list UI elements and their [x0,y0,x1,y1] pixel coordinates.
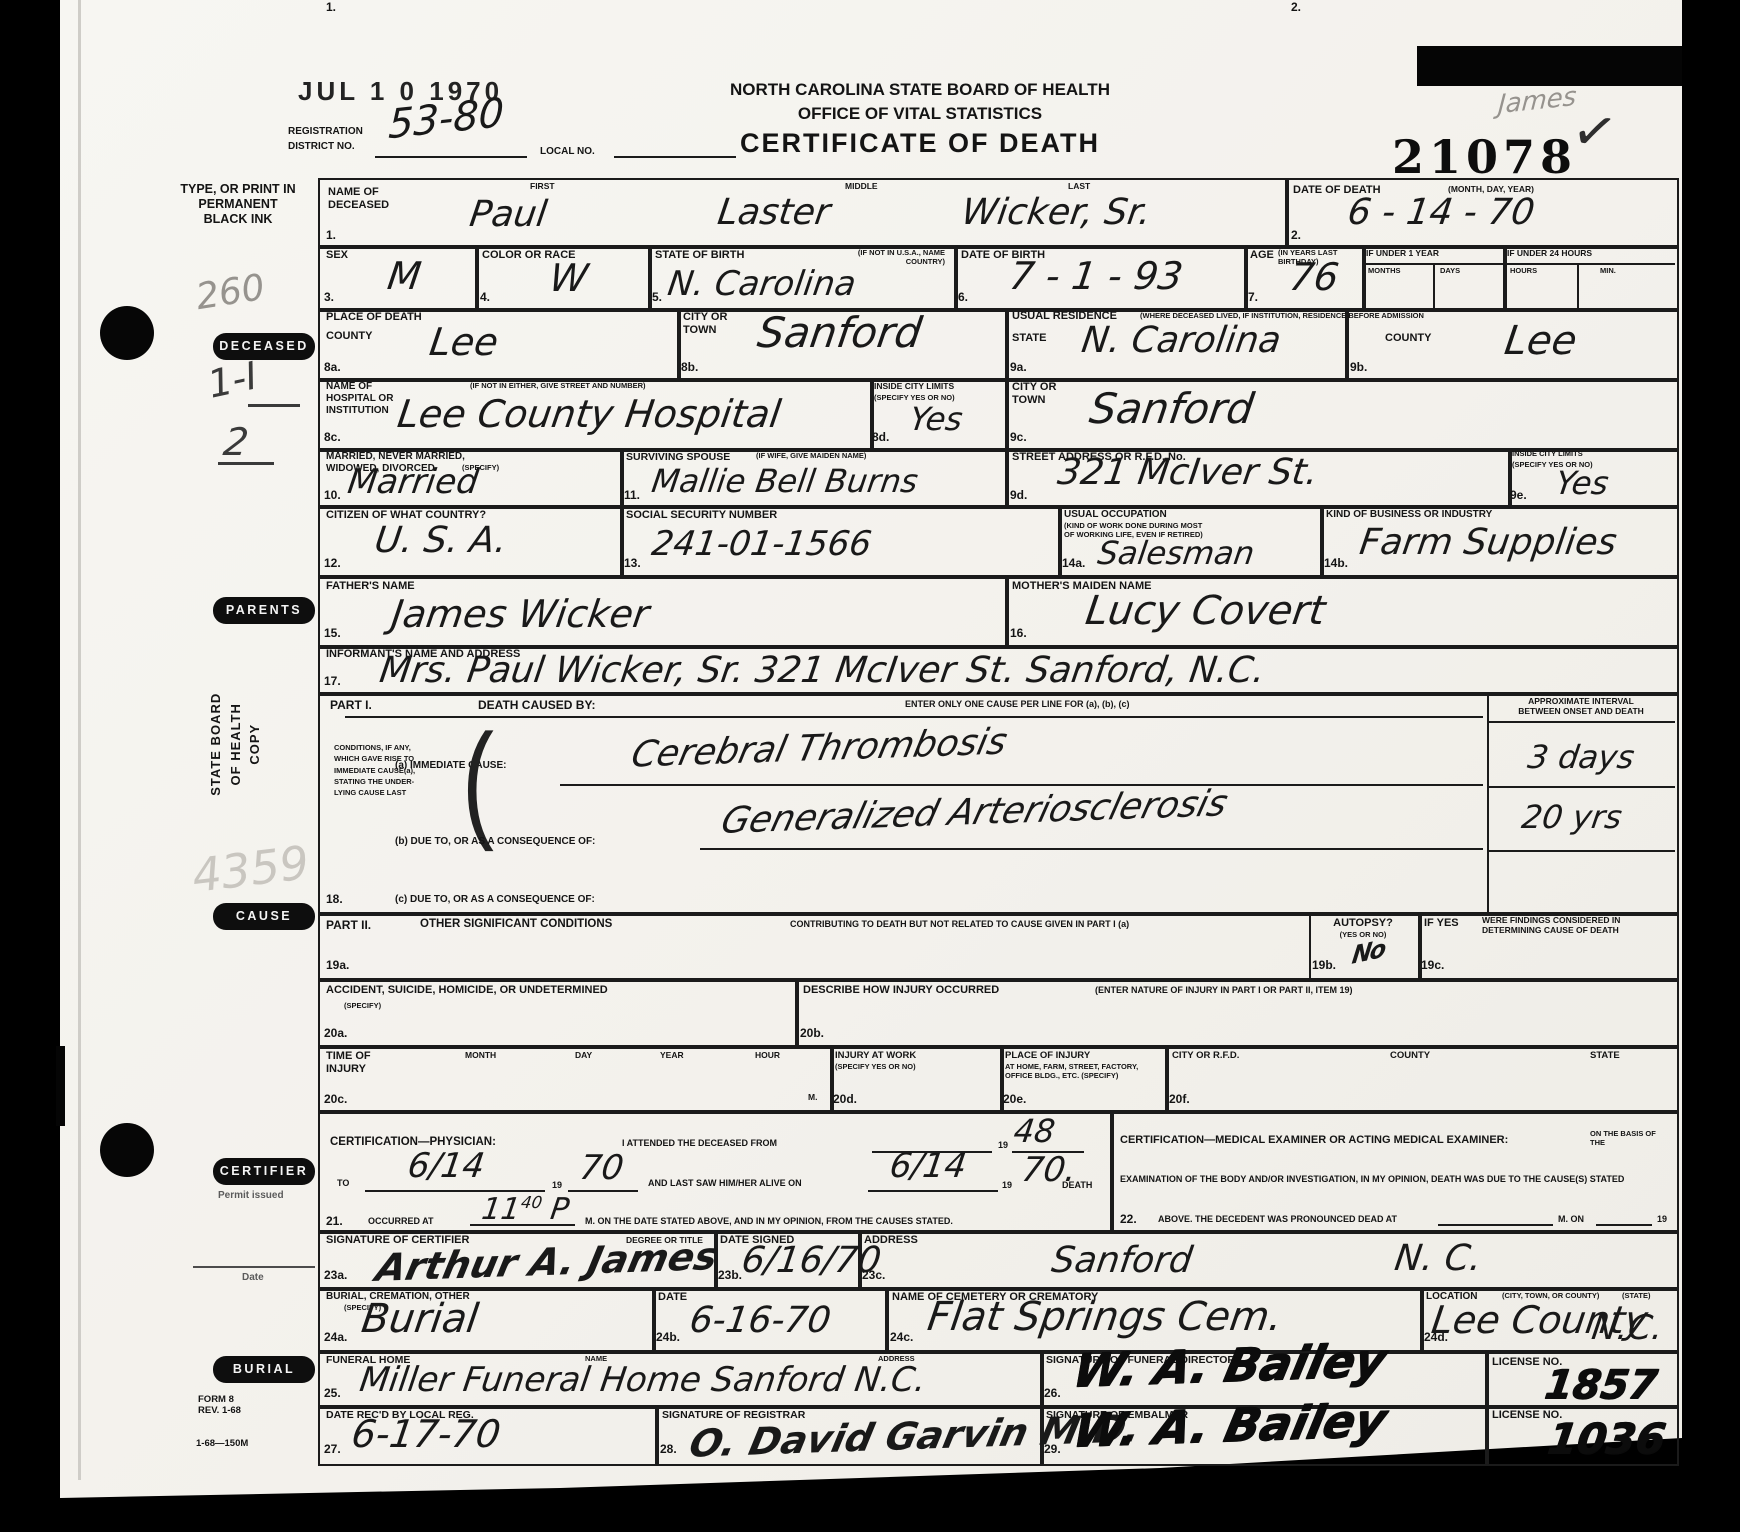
funeral-home-num: 25. [324,1386,341,1400]
margin-form-number: FORM 8 REV. 1-68 [198,1394,241,1416]
accident-num: 20a. [324,1026,347,1040]
place-of-injury-sub: AT HOME, FARM, STREET, FACTORY, OFFICE B… [1005,1063,1138,1081]
date-of-death-num: 2. [1291,0,1301,14]
residence-state-label: STATE [1012,332,1046,345]
injury-at-work-num: 20d. [833,1092,857,1106]
page-edge-line [78,0,81,1480]
occurred-rest-text: M. ON THE DATE STATED ABOVE, AND IN MY O… [585,1216,953,1227]
date-of-birth-num: 6. [958,290,968,304]
district-number-line [375,156,527,158]
cause-b-interval: 20 yrs [1519,798,1624,836]
place-of-injury-num: 20e. [1003,1092,1026,1106]
certificate-title: CERTIFICATE OF DEATH [640,128,1200,160]
registration-label-line2: DISTRICT NO. [288,141,355,153]
cause-c-label: (c) DUE TO, OR AS A CONSEQUENCE OF: [395,894,595,906]
hospital-label: NAME OF HOSPITAL OR INSTITUTION [326,381,393,416]
death-county-num: 8a. [324,360,341,374]
street-value: 321 McIver St. [1055,452,1320,493]
board-title: NORTH CAROLINA STATE BOARD OF HEALTH [640,80,1200,100]
place-of-death-header: PLACE OF DEATH [326,311,422,324]
day-label: DAY [575,1050,592,1060]
informant-num: 17. [324,674,341,688]
address-num: 23c. [862,1268,885,1282]
spouse-num: 11. [624,488,640,502]
mother-num: 16. [1010,626,1027,640]
findings-label: WERE FINDINGS CONSIDERED IN DETERMINING … [1482,915,1620,935]
death-city-num: 8b. [681,360,698,374]
death-county-label: COUNTY [326,330,372,343]
date-of-birth-value: 7 - 1 - 93 [1007,254,1186,298]
interval-line1 [1487,721,1675,723]
cause-num: 18. [326,892,343,906]
to-year-value: 70 [577,1148,626,1188]
interval-line3 [1487,850,1675,852]
to-label: TO [337,1178,349,1189]
margin-note-1i-underline [248,404,300,407]
cause-a-interval: 3 days [1525,738,1636,776]
certificate-number: 21078 [1392,130,1577,184]
funeral-home-value: Miller Funeral Home Sanford N.C. [357,1360,928,1400]
u24-divider [1503,263,1675,265]
residence-city-num: 9c. [1010,430,1027,444]
occupation-num: 14a. [1062,556,1085,570]
year19-3: 19 [1002,1180,1012,1191]
part2-title: OTHER SIGNIFICANT CONDITIONS [420,918,612,932]
residence-state-num: 9a. [1010,360,1027,374]
time-of-injury-label: TIME OF INJURY [326,1050,371,1076]
certifier-num: 23a. [324,1268,347,1282]
death-word: DEATH [1062,1180,1092,1191]
cemetery-value: Flat Springs Cem. [925,1294,1285,1340]
residence-city-value: Sanford [1087,384,1257,433]
hours-label: HOURS [1510,267,1537,276]
name-num: 1. [326,0,336,14]
part1-title: DEATH CAUSED BY: [478,698,596,712]
race-value: W [547,256,591,300]
name-first-value: Paul [467,194,549,235]
state-of-birth-label: STATE OF BIRTH [655,249,744,262]
scanned-death-certificate: TYPE, OR PRINT IN PERMANENT BLACK INK 26… [0,0,1740,1532]
place-of-injury-label: PLACE OF INJURY [1005,1050,1090,1061]
citizen-value: U. S. A. [372,520,509,561]
name-first-label: FIRST [530,181,555,191]
ssn-label: SOCIAL SECURITY NUMBER [626,509,777,522]
cell-certifier-address [858,1230,1679,1291]
registration-label-line1: REGISTRATION [288,126,363,138]
under-1-year-label: IF UNDER 1 YEAR [1366,248,1439,258]
inside-limits-8d-num: 8d. [872,430,889,444]
days-label: DAYS [1440,267,1460,276]
license2-value: 1036 [1545,1414,1669,1463]
sex-num: 3. [324,290,334,304]
industry-num: 14b. [1324,556,1348,570]
sex-value: M [385,254,424,298]
occur-min: 40 [520,1193,544,1212]
dod-num2: 2. [1291,228,1301,242]
findings-num: 19c. [1421,958,1444,972]
name-num2: 1. [326,228,336,242]
cause-b-rule [700,848,1483,850]
saw-date-value: 6/14 [887,1146,969,1186]
margin-tab-deceased: DECEASED [213,333,315,360]
injury-city-num: 20f. [1169,1092,1190,1106]
cause-b-label: (b) DUE TO, OR AS A CONSEQUENCE OF: [395,836,595,848]
autopsy-num: 19b. [1312,958,1336,972]
inside-limits-8d-value: Yes [907,400,965,438]
occur-hour: 11 [480,1192,523,1227]
from-year-value: 48 [1011,1112,1057,1150]
name-last-label: LAST [1068,181,1090,191]
occur-line [470,1224,575,1226]
residence-county-value: Lee [1502,318,1580,364]
age-num: 7. [1248,290,1258,304]
race-num: 4. [480,290,490,304]
scan-artifact-bar [1417,46,1682,86]
occur-time-value: 1140 P [480,1192,572,1227]
interval-header: APPROXIMATE INTERVAL BETWEEN ONSET AND D… [1490,696,1672,716]
mother-value: Lucy Covert [1083,588,1328,634]
registrar-num: 28. [660,1442,677,1456]
industry-label: KIND OF BUSINESS OR INDUSTRY [1326,509,1492,521]
time-of-injury-num: 20c. [324,1092,347,1106]
age-value: 76 [1287,255,1342,299]
margin-date-label: Date [242,1272,264,1284]
inside-limits-9e-value: Yes [1553,464,1611,502]
pronounced-line2 [1596,1224,1652,1226]
part1-header-rule [345,716,1483,718]
date-received-num: 27. [324,1442,341,1456]
margin-permit-issued: Permit issued [218,1190,284,1202]
burial-date-num: 24b. [656,1330,680,1344]
state-of-birth-value: N. Carolina [665,264,858,304]
margin-date-line [193,1266,315,1268]
year19-2: 19 [552,1180,562,1191]
embalmer-num: 29. [1044,1442,1061,1456]
sex-label: SEX [326,249,348,262]
margin-instruction: TYPE, OR PRINT IN PERMANENT BLACK INK [170,182,306,226]
part2-note: CONTRIBUTING TO DEATH BUT NOT RELATED TO… [790,919,1129,930]
age-label: AGE [1250,249,1274,262]
burial-date-value: 6-16-70 [687,1300,833,1341]
burial-date-label: DATE [658,1291,687,1304]
margin-tab-burial: BURIAL [213,1356,315,1383]
funeral-director-signature: W. A. Bailey [1068,1333,1391,1398]
marital-value: Married [345,462,481,502]
informant-value: Mrs. Paul Wicker, Sr. 321 McIver St. San… [377,650,1267,691]
pronounced-line1 [1438,1224,1553,1226]
occupation-label: USUAL OCCUPATION [1064,509,1167,521]
describe-injury-sub: (ENTER NATURE OF INJURY IN PART I OR PAR… [1095,985,1353,996]
death-county-value: Lee [427,320,501,364]
under-24-hours-label: IF UNDER 24 HOURS [1507,248,1592,258]
conditions-brace: ( [462,704,494,857]
part2-label: PART II. [326,918,371,932]
last-saw-text: AND LAST SAW HIM/HER ALIVE ON [648,1178,802,1189]
citizen-num: 12. [324,556,341,570]
location-state-value: N.C. [1589,1308,1665,1348]
name-last-value: Wicker, Sr. [959,192,1153,233]
cert-num-22: 22. [1120,1212,1137,1226]
residence-county-num: 9b. [1350,360,1367,374]
address-label: ADDRESS [864,1234,918,1247]
occurred-at-text: OCCURRED AT [368,1216,434,1227]
pronounced-text: ABOVE. THE DECEDENT WAS PRONOUNCED DEAD … [1158,1214,1397,1225]
month-label: MONTH [465,1050,496,1060]
describe-injury-num: 20b. [800,1026,824,1040]
u1y-vdivider [1433,263,1435,308]
m-on-text: M. ON [1558,1214,1584,1225]
name-middle-value: Laster [715,192,833,233]
name-label: NAME OF DECEASED [328,186,389,212]
year-label: YEAR [660,1050,684,1060]
marital-num: 10. [324,488,341,502]
injury-county-label: COUNTY [1390,1050,1430,1061]
hospital-value: Lee County Hospital [395,392,784,436]
ssn-num: 13. [624,556,641,570]
inside-limits-9e-num: 9e. [1510,488,1527,502]
office-title: OFFICE OF VITAL STATISTICS [640,104,1200,124]
cert-num-21: 21. [326,1214,343,1228]
m-label: M. [808,1092,817,1102]
punch-hole-top [100,306,154,360]
hour-label: HOUR [755,1050,780,1060]
describe-injury-label: DESCRIBE HOW INJURY OCCURRED [803,984,999,997]
months-label: MONTHS [1368,267,1401,276]
examiner-basis: ON THE BASIS OF THE [1590,1130,1670,1148]
spouse-sub: (IF WIFE, GIVE MAIDEN NAME) [756,452,866,461]
license1-value: 1857 [1542,1362,1660,1408]
min-label: MIN. [1600,267,1616,276]
to-year-line [568,1190,638,1192]
scan-artifact-mark [56,1046,65,1126]
industry-value: Farm Supplies [1357,522,1619,563]
part2-num: 19a. [326,958,349,972]
margin-print-code: 1-68—150M [196,1438,248,1449]
residence-state-value: N. Carolina [1079,320,1283,361]
injury-at-work-sub: (SPECIFY YES OR NO) [835,1063,916,1072]
accident-label: ACCIDENT, SUICIDE, HOMICIDE, OR UNDETERM… [326,984,608,997]
street-num: 9d. [1010,488,1027,502]
margin-tab-certifier: CERTIFIER [213,1158,315,1185]
occupation-value: Salesman [1095,534,1257,572]
injury-state-label: STATE [1590,1050,1620,1061]
injury-at-work-label: INJURY AT WORK [835,1050,916,1061]
local-number-label: LOCAL NO. [540,146,595,158]
saw-line [868,1190,998,1192]
name-middle-label: MIDDLE [845,181,878,191]
burial-type-value: Burial [359,1296,481,1342]
year19-4: 19 [1657,1214,1667,1225]
findings-if-yes: IF YES [1424,917,1459,930]
death-city-label: CITY OR TOWN [683,311,727,337]
cause-a-rule [560,784,1483,786]
part1-note: ENTER ONLY ONE CAUSE PER LINE FOR (a), (… [905,699,1130,710]
address-city-value: Sanford [1049,1240,1195,1281]
examiner-label: CERTIFICATION—MEDICAL EXAMINER OR ACTING… [1120,1134,1508,1147]
accident-sub: (SPECIFY) [344,1002,381,1011]
margin-note-2-underline [218,462,274,465]
autopsy-label: AUTOPSY? [1313,917,1413,930]
father-value: James Wicker [389,592,652,636]
state-of-birth-num: 5. [652,290,662,304]
conditions-note: CONDITIONS, IF ANY, WHICH GAVE RISE TO I… [334,742,415,798]
margin-tab-cause: CAUSE [213,903,315,930]
hospital-num: 8c. [324,430,341,444]
spouse-value: Mallie Bell Burns [649,462,920,500]
date-received-value: 6-17-70 [349,1412,503,1456]
funeral-director-num: 26. [1044,1386,1061,1400]
address-state-value: N. C. [1392,1238,1484,1279]
hospital-sub: (IF NOT IN EITHER, GIVE STREET AND NUMBE… [470,382,646,391]
interval-line2 [1487,786,1675,788]
margin-tab-parents: PARENTS [213,597,315,624]
interval-column-border [1487,692,1489,912]
inside-limits-9e-label: INSIDE CITY LIMITS [1512,450,1583,459]
burial-type-num: 24a. [324,1330,347,1344]
year19-1: 19 [998,1140,1008,1151]
death-city-value: Sanford [755,308,925,357]
examiner-text: EXAMINATION OF THE BODY AND/OR INVESTIGA… [1120,1174,1624,1185]
embalmer-signature: W. A. Bailey [1068,1393,1391,1458]
residence-city-label: CITY OR TOWN [1012,381,1056,407]
injury-city-label: CITY OR R.F.D. [1172,1050,1239,1061]
to-date-value: 6/14 [405,1146,487,1186]
cemetery-num: 24c. [890,1330,913,1344]
father-num: 15. [324,626,341,640]
attended-text: I ATTENDED THE DECEASED FROM [622,1138,777,1149]
margin-copy-label: STATE BOARD OF HEALTH COPY [206,669,265,819]
residence-county-label: COUNTY [1385,332,1431,345]
ssn-value: 241-01-1566 [649,524,874,564]
u24-vdivider [1577,263,1579,308]
punch-hole-bottom [100,1123,154,1177]
inside-limits-8d-label: INSIDE CITY LIMITS [874,381,954,391]
date-of-death-value: 6 - 14 - 70 [1345,192,1537,233]
part1-label: PART I. [330,698,372,712]
